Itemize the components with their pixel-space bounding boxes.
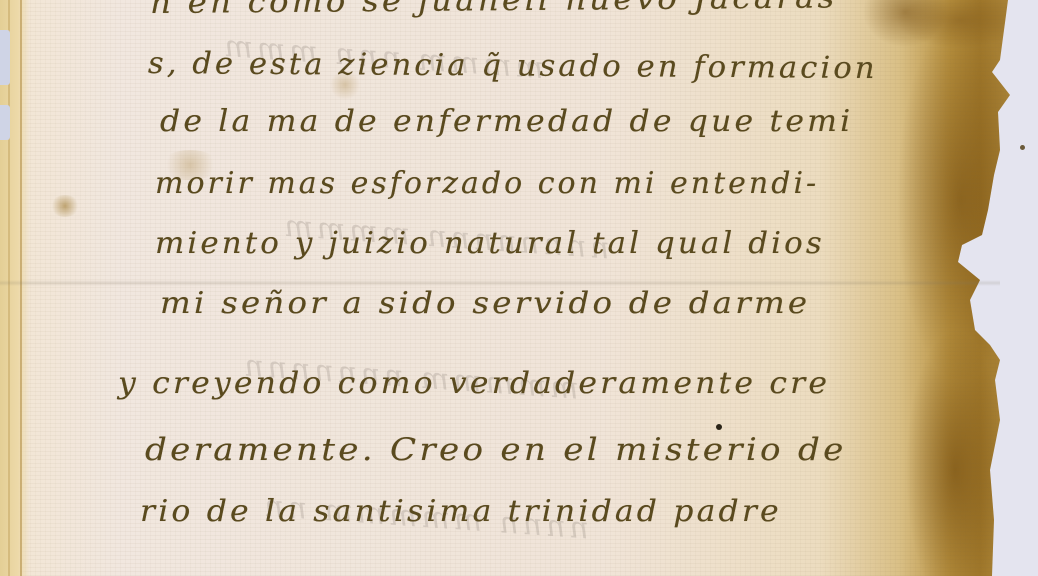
- manuscript-line-2: s, de esta ziencia q̃ usado en formacion: [148, 46, 878, 86]
- manuscript-photo: mmmm nnn mmm nnnnnnnn mmmm mmmmm nnnnnnn…: [0, 0, 1038, 576]
- binding-hole: [0, 30, 10, 85]
- manuscript-line-4: morir mas esforzado con mi entendi-: [155, 166, 819, 201]
- margin-fold-line-outer: [8, 0, 10, 576]
- ink-dot: [716, 424, 722, 430]
- ink-blot: [50, 195, 80, 217]
- manuscript-line-9: rio de la santisima trinidad padre: [140, 494, 782, 529]
- manuscript-line-6: mi señor a sido servido de darme: [160, 286, 810, 321]
- manuscript-line-8: deramente. Creo en el misterio de: [145, 432, 847, 468]
- margin-fold-line: [20, 0, 22, 576]
- manuscript-line-7: y creyendo como verdaderamente cre: [118, 366, 830, 401]
- manuscript-line-3: de la ma de enfermedad de que temi: [160, 104, 853, 139]
- manuscript-line-5: miento y juizio natural tal qual dios: [155, 226, 825, 261]
- paper-fragment: [1020, 145, 1025, 150]
- binding-hole: [0, 105, 10, 140]
- paper-left-margin: [0, 0, 30, 576]
